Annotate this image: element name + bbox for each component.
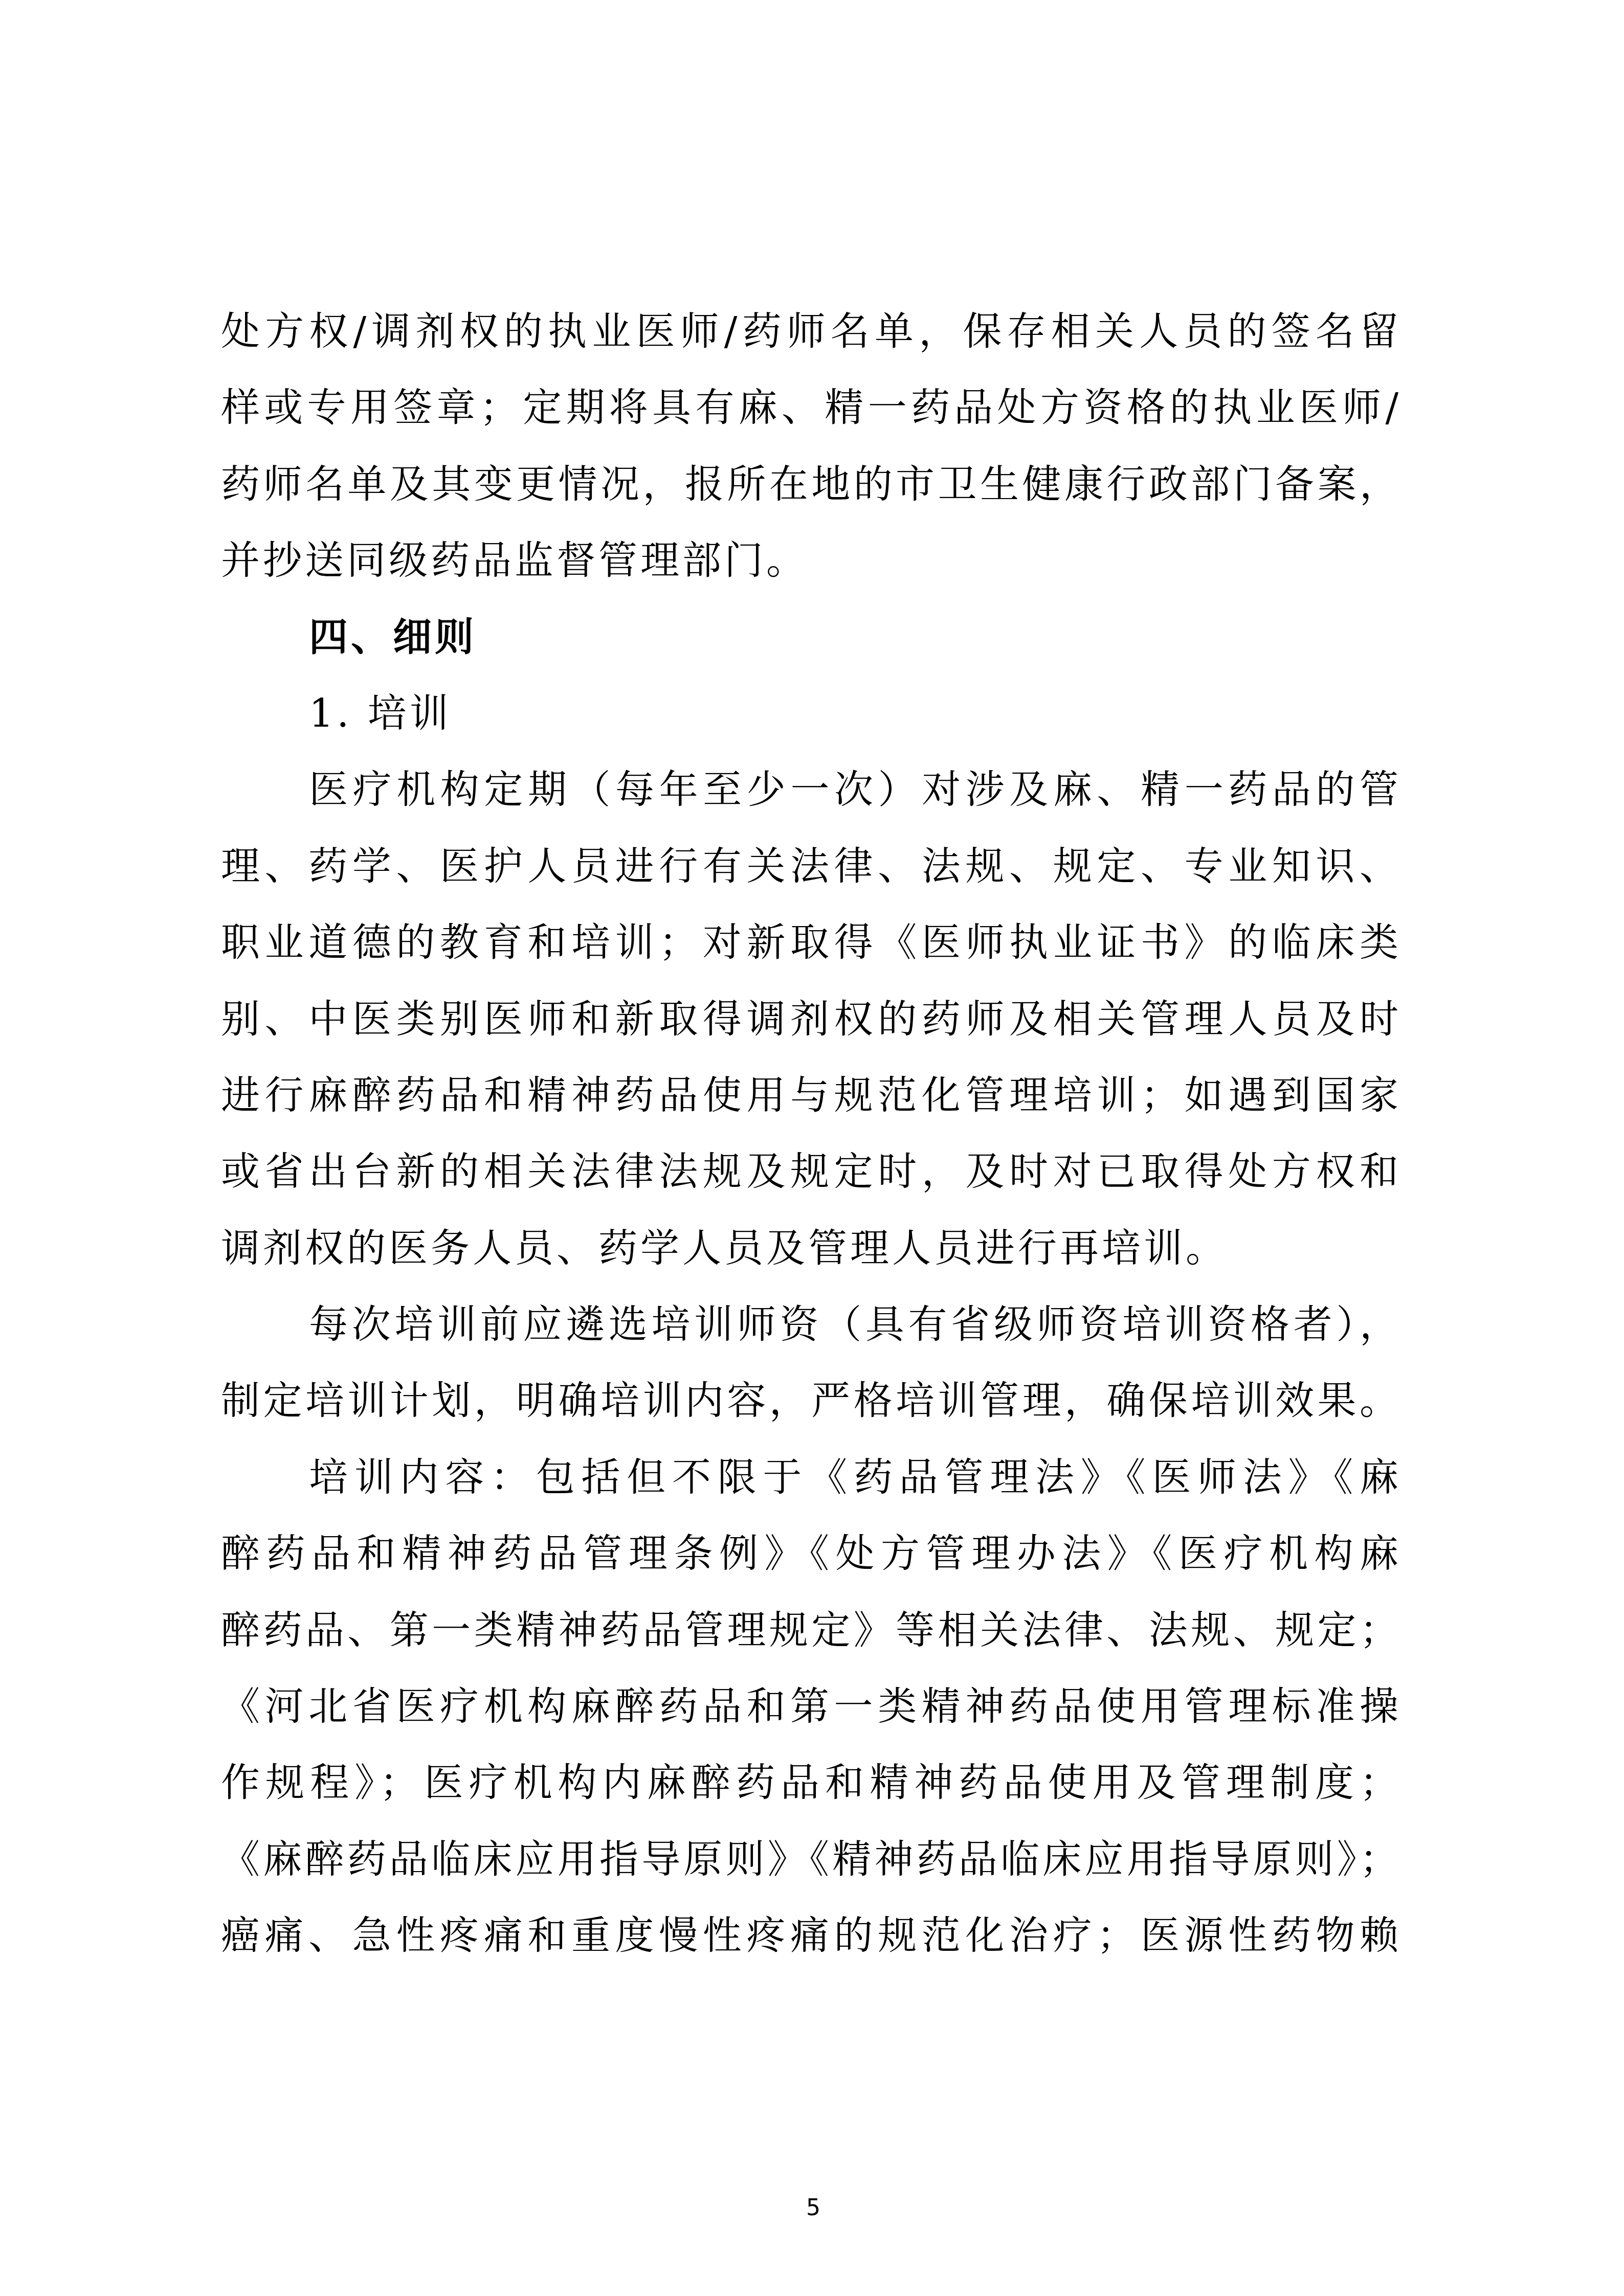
paragraph-line: 并抄送同级药品监督管理部门。 (221, 522, 1401, 598)
paragraph-line: 《麻醉药品临床应用指导原则》《精神药品临床应用指导原则》； (221, 1821, 1401, 1897)
paragraph-line: 每次培训前应遴选培训师资（具有省级师资培训资格者）， (221, 1286, 1401, 1362)
paragraph-line: 医疗机构定期（每年至少一次）对涉及麻、精一药品的管 (221, 751, 1401, 827)
paragraph-line: 处方权/调剂权的执业医师/药师名单，保存相关人员的签名留 (221, 293, 1401, 369)
paragraph-line: 或省出台新的相关法律法规及规定时，及时对已取得处方权和 (221, 1133, 1401, 1209)
paragraph-line: 培训内容：包括但不限于《药品管理法》《医师法》《麻 (221, 1439, 1401, 1515)
paragraph-line: 制定培训计划，明确培训内容，严格培训管理，确保培训效果。 (221, 1362, 1401, 1438)
document-body: 处方权/调剂权的执业医师/药师名单，保存相关人员的签名留 样或专用签章；定期将具… (221, 293, 1401, 1974)
document-page: 处方权/调剂权的执业医师/药师名单，保存相关人员的签名留 样或专用签章；定期将具… (0, 0, 1624, 2296)
page-number: 5 (798, 2194, 829, 2222)
paragraph-line: 进行麻醉药品和精神药品使用与规范化管理培训；如遇到国家 (221, 1057, 1401, 1133)
paragraph-line: 醉药品和精神药品管理条例》《处方管理办法》《医疗机构麻 (221, 1515, 1401, 1591)
paragraph-line: 作规程》；医疗机构内麻醉药品和精神药品使用及管理制度； (221, 1744, 1401, 1820)
paragraph-line: 《河北省医疗机构麻醉药品和第一类精神药品使用管理标准操 (221, 1668, 1401, 1744)
paragraph-line: 调剂权的医务人员、药学人员及管理人员进行再培训。 (221, 1210, 1401, 1286)
paragraph-line: 理、药学、医护人员进行有关法律、法规、规定、专业知识、 (221, 828, 1401, 904)
paragraph-line: 样或专用签章；定期将具有麻、精一药品处方资格的执业医师/ (221, 369, 1401, 445)
paragraph-line: 别、中医类别医师和新取得调剂权的药师及相关管理人员及时 (221, 981, 1401, 1057)
paragraph-line: 醉药品、第一类精神药品管理规定》等相关法律、法规、规定； (221, 1592, 1401, 1668)
paragraph-line: 职业道德的教育和培训；对新取得《医师执业证书》的临床类 (221, 904, 1401, 980)
paragraph-line: 药师名单及其变更情况，报所在地的市卫生健康行政部门备案， (221, 446, 1401, 522)
subsection-heading: 1. 培训 (221, 675, 1401, 751)
paragraph-line: 癌痛、急性疼痛和重度慢性疼痛的规范化治疗；医源性药物赖 (221, 1897, 1401, 1973)
section-heading: 四、细则 (221, 599, 1401, 675)
